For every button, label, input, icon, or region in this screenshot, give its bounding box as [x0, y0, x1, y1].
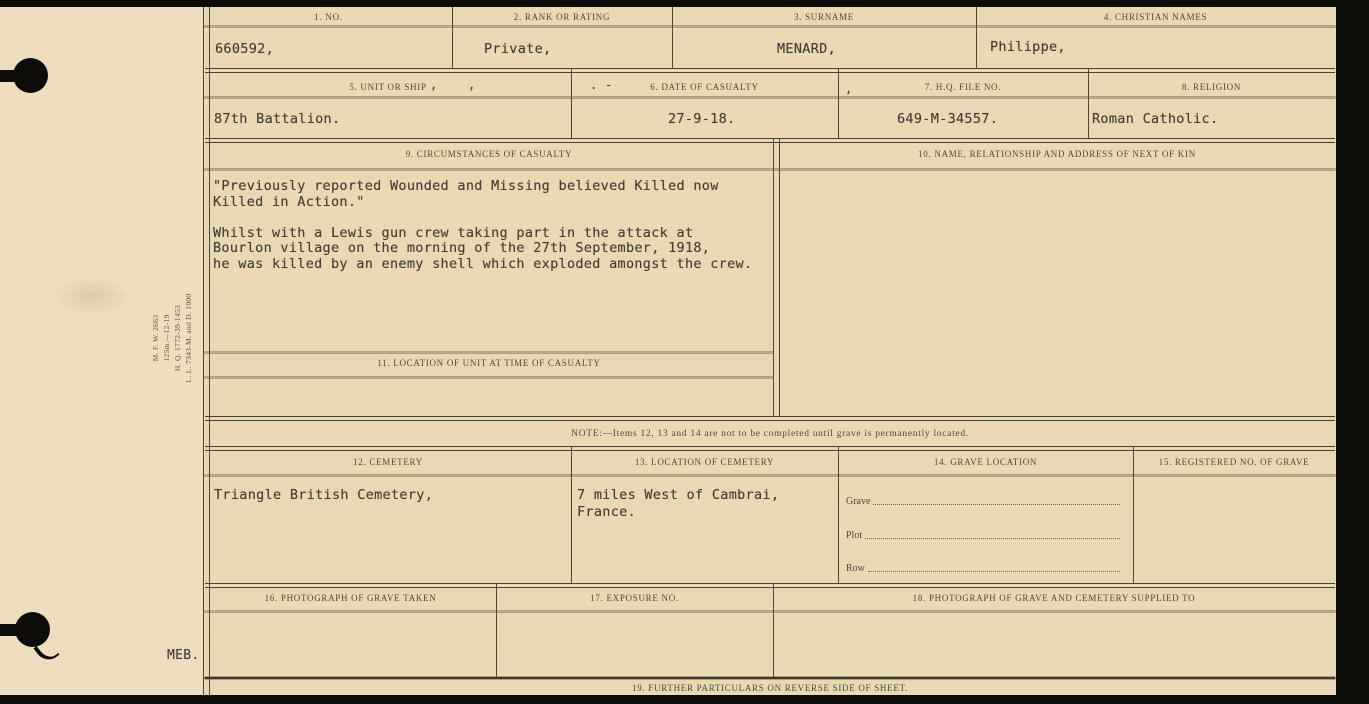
scan-edge-bottom	[0, 695, 1369, 704]
printers-stamp: M. F. W. 2663 125m.—12-19 H. Q. 1772-39-…	[150, 277, 196, 399]
value-date-of-casualty: 27-9-18.	[668, 111, 735, 127]
rule	[205, 583, 1335, 588]
field-label-hq-file-no: 7. H.Q. FILE NO.	[838, 82, 1088, 92]
rule	[205, 97, 1335, 98]
value-circumstances-text: "Previously reported Wounded and Missing…	[213, 179, 778, 272]
field-label-unit-location: 11. LOCATION OF UNIT AT TIME OF CASUALTY	[205, 358, 773, 368]
value-religion: Roman Catholic.	[1092, 111, 1218, 127]
stray-mark: ,	[430, 78, 438, 92]
value-cemetery: Triangle British Cemetery,	[214, 487, 433, 503]
rule	[838, 68, 839, 138]
stray-mark: . -	[590, 78, 613, 92]
field-label-no: 1. NO.	[205, 12, 452, 22]
rule	[1088, 68, 1089, 138]
field-label-photo-supplied-to: 18. PHOTOGRAPH OF GRAVE AND CEMETERY SUP…	[773, 593, 1335, 603]
field-label-cemetery: 12. CEMETERY	[205, 457, 571, 467]
value-service-number: 660592,	[215, 41, 274, 57]
field-label-cemetery-location: 13. LOCATION OF CEMETERY	[571, 457, 838, 467]
rule	[209, 7, 210, 695]
field-label-unit: 5. UNIT OR SHIP	[205, 82, 571, 92]
dotted-leader	[873, 503, 1120, 505]
stray-mark: ,	[845, 82, 853, 96]
note-items-12-13-14: NOTE:—Items 12, 13 and 14 are not to be …	[205, 429, 1335, 439]
value-christian-names: Philippe,	[990, 39, 1066, 55]
field-label-circumstances: 9. CIRCUMSTANCES OF CASUALTY	[205, 149, 773, 159]
value-cemetery-location: 7 miles West of Cambrai, France.	[577, 487, 779, 521]
field-label-christian-names: 4. CHRISTIAN NAMES	[976, 12, 1335, 22]
stray-mark: ,	[468, 78, 476, 92]
rule	[205, 416, 1335, 421]
field-label-surname: 3. SURNAME	[672, 12, 976, 22]
field-label-registered-grave-no: 15. REGISTERED NO. OF GRAVE	[1133, 457, 1335, 467]
rule	[205, 475, 1335, 476]
value-rank: Private,	[484, 41, 551, 57]
grave-entry-line: Grave	[846, 496, 1122, 507]
field-label-further-particulars: 19. FURTHER PARTICULARS ON REVERSE SIDE …	[205, 683, 1335, 693]
rule	[205, 377, 773, 378]
field-label-exposure-no: 17. EXPOSURE NO.	[496, 593, 773, 603]
rule	[205, 138, 1335, 143]
scan-edge-top	[0, 0, 1369, 7]
rule	[205, 611, 1335, 612]
plot-label: Plot	[846, 530, 862, 541]
field-label-next-of-kin: 10. NAME, RELATIONSHIP AND ADDRESS OF NE…	[779, 149, 1335, 159]
field-label-grave-location: 14. GRAVE LOCATION	[838, 457, 1133, 467]
rule	[205, 677, 1335, 679]
rule	[779, 138, 780, 416]
scan-edge-right	[1336, 0, 1369, 704]
field-label-photo-taken: 16. PHOTOGRAPH OF GRAVE TAKEN	[205, 593, 496, 603]
value-surname: MENARD,	[777, 41, 836, 57]
hole-punch-top	[13, 58, 48, 93]
casualty-record-card: 1. NO. 2. RANK OR RATING 3. SURNAME 4. C…	[0, 0, 1369, 704]
plot-entry-line: Plot	[846, 530, 1122, 541]
rule	[203, 7, 204, 695]
grave-label: Grave	[846, 496, 870, 507]
rule	[205, 26, 1335, 27]
rule	[205, 446, 1335, 451]
dotted-leader	[868, 570, 1120, 572]
field-label-religion: 8. RELIGION	[1088, 82, 1335, 92]
rule	[571, 68, 572, 138]
value-unit: 87th Battalion.	[214, 111, 340, 127]
rule	[205, 169, 1335, 170]
rule	[205, 352, 773, 353]
row-label: Row	[846, 563, 865, 574]
dotted-leader	[865, 537, 1120, 539]
row-entry-line: Row	[846, 563, 1122, 574]
value-hq-file-no: 649-M-34557.	[897, 111, 998, 127]
field-label-rank: 2. RANK OR RATING	[452, 12, 672, 22]
rule	[205, 68, 1335, 73]
value-clerk-initials: MEB.	[167, 648, 200, 663]
